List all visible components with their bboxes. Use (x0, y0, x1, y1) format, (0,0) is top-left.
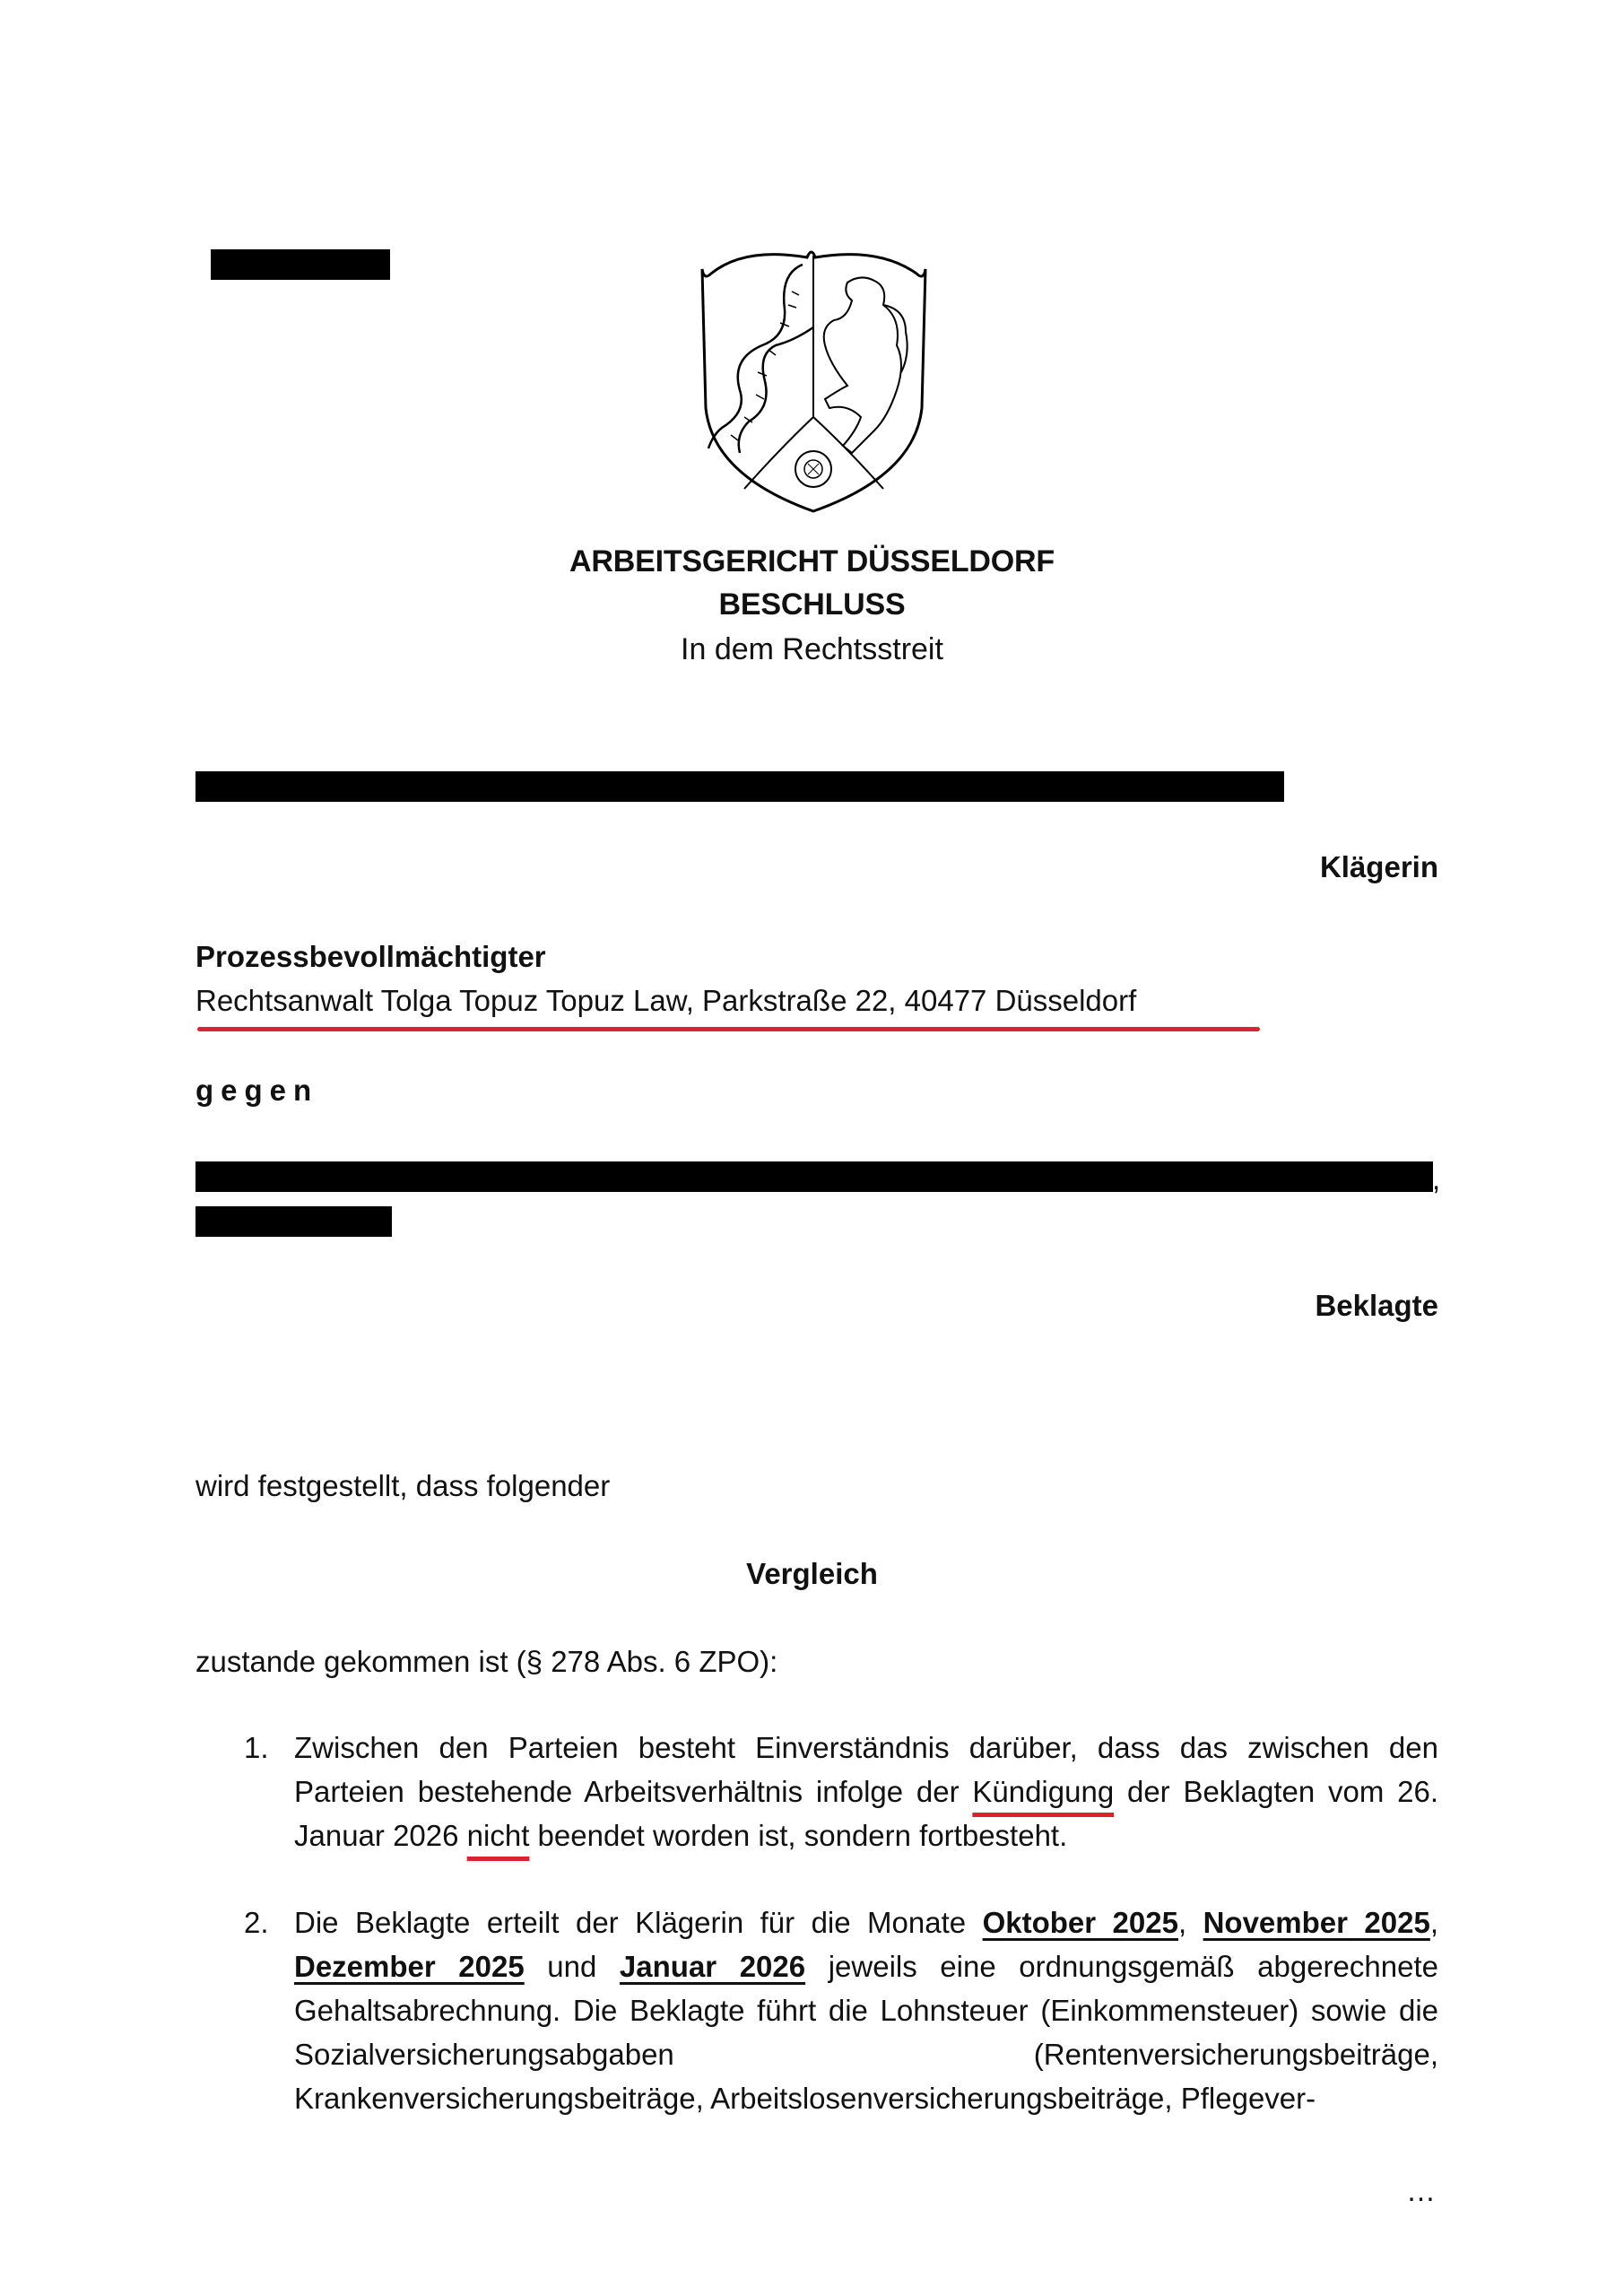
item-number: 2. (244, 1900, 289, 1944)
settlement-basis: zustande gekommen ist (§ 278 Abs. 6 ZPO)… (195, 1639, 777, 1683)
text-run: Die Beklagte erteilt der Klägerin für di… (294, 1906, 983, 1939)
settlement-heading: Vergleich (0, 1552, 1624, 1596)
redacted-defendant-line-1 (195, 1161, 1433, 1192)
versus-label: gegen (195, 1068, 318, 1112)
settlement-item-2: 2. Die Beklagte erteilt der Klägerin für… (244, 1900, 1438, 2120)
text-run: beendet worden ist, sondern fortbesteht. (529, 1819, 1067, 1852)
continuation-ellipsis: … (1406, 2169, 1436, 2213)
emphasized-month: Dezember 2025 (294, 1950, 525, 1983)
text-run: , (1178, 1906, 1203, 1939)
intro-line: In dem Rechtsstreit (0, 632, 1624, 667)
redacted-defendant-line-2 (195, 1206, 392, 1237)
red-annotated-word: Kündigung (972, 1775, 1114, 1808)
finding-intro: wird festgestellt, dass folgender (195, 1464, 610, 1508)
document-type: BESCHLUSS (0, 587, 1624, 622)
emphasized-month: Oktober 2025 (983, 1906, 1178, 1939)
red-annotated-word: nicht (467, 1819, 530, 1852)
redacted-file-number (211, 249, 390, 280)
settlement-item-1: 1. Zwischen den Parteien besteht Einvers… (244, 1726, 1438, 1857)
emphasized-month: Januar 2026 (620, 1950, 805, 1983)
defendant-trailing-comma: , (1432, 1157, 1440, 1201)
counsel-address-red-underline (197, 1027, 1260, 1031)
item-body: Zwischen den Parteien besteht Einverstän… (294, 1726, 1438, 1857)
coat-of-arms-icon (695, 238, 933, 516)
text-run: und (525, 1950, 620, 1983)
plaintiff-role-label: Klägerin (1320, 850, 1438, 884)
item-body: Die Beklagte erteilt der Klägerin für di… (294, 1900, 1438, 2120)
emphasized-month: November 2025 (1203, 1906, 1430, 1939)
counsel-heading: Prozessbevollmächtigter (195, 935, 546, 978)
counsel-address: Rechtsanwalt Tolga Topuz Topuz Law, Park… (195, 978, 1136, 1022)
defendant-role-label: Beklagte (1315, 1289, 1438, 1323)
court-name: ARBEITSGERICHT DÜSSELDORF (0, 544, 1624, 579)
item-number: 1. (244, 1726, 289, 1770)
redacted-plaintiff (195, 771, 1284, 802)
text-run: , (1430, 1906, 1438, 1939)
